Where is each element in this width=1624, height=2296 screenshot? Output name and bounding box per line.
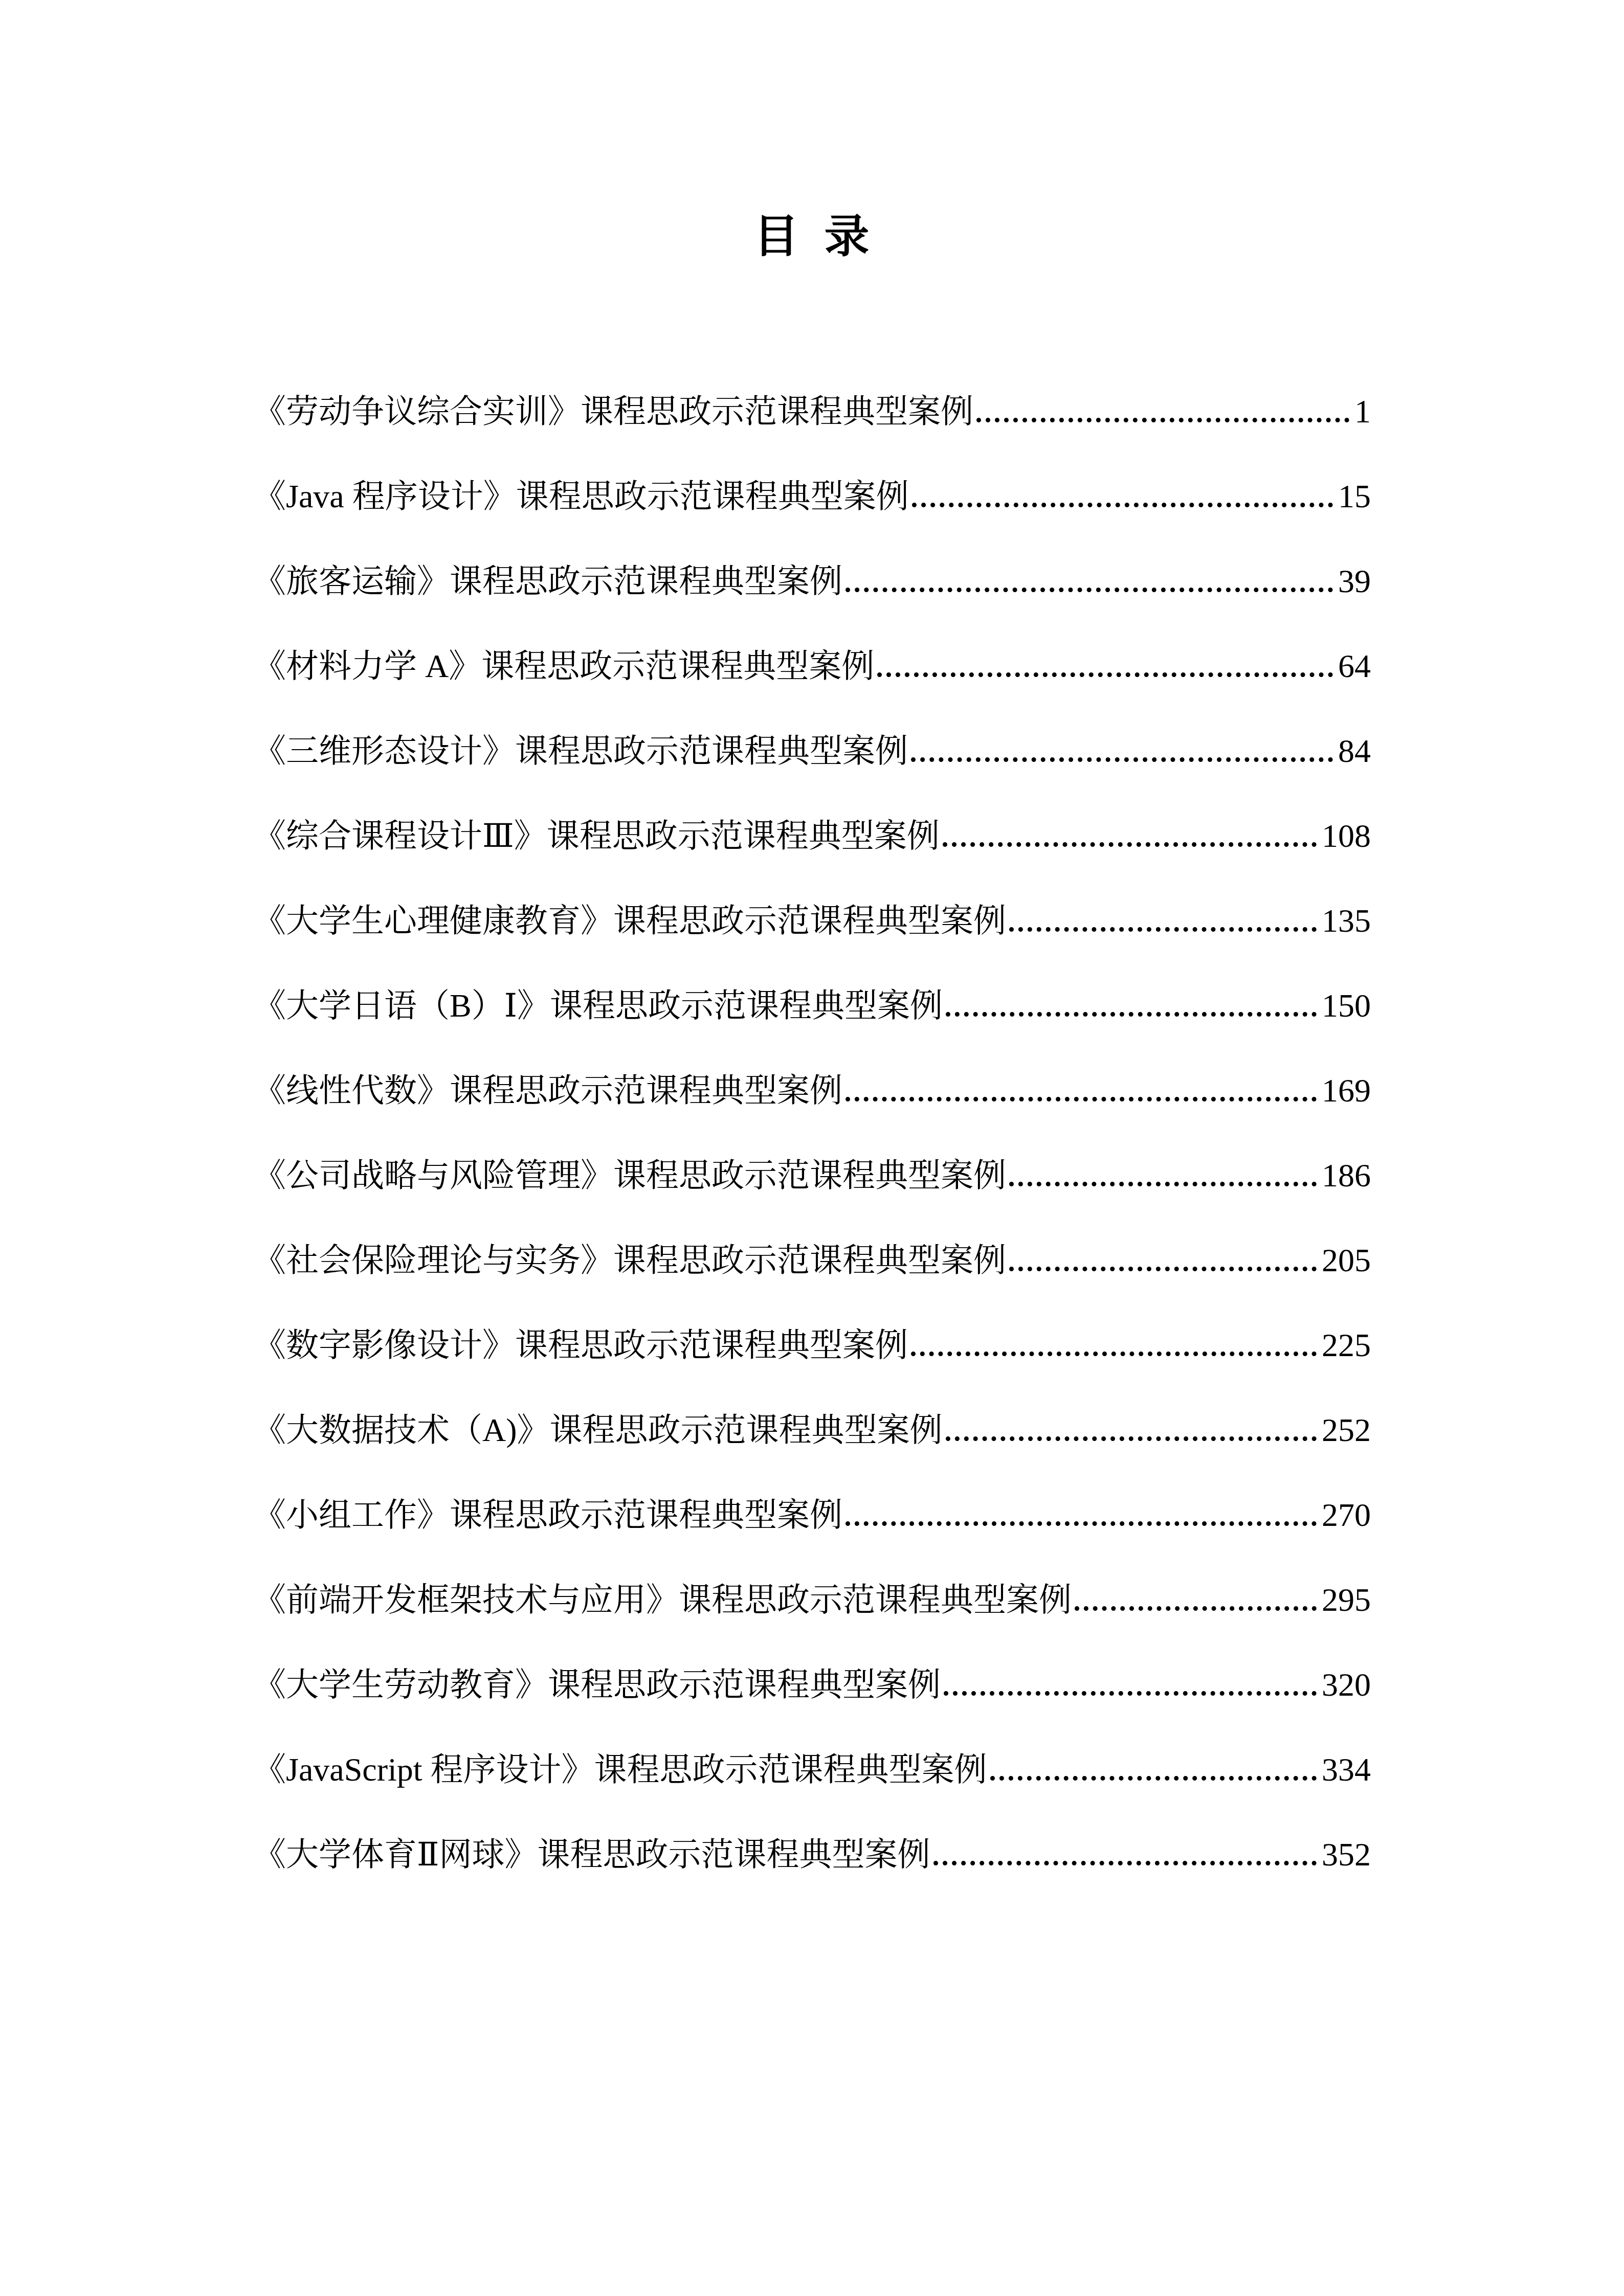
toc-entry: 《大数据技术（A)》课程思政示范课程典型案例 252 [253, 1388, 1371, 1473]
toc-entry-page: 169 [1322, 1048, 1371, 1133]
dot-leader [877, 672, 1333, 677]
dot-leader [911, 757, 1333, 762]
page-title: 目 录 [0, 0, 1624, 260]
dot-leader [933, 1861, 1317, 1865]
toc-entry-label: 《劳动争议综合实训》课程思政示范课程典型案例 [253, 369, 973, 454]
toc-entry-page: 320 [1322, 1642, 1371, 1727]
toc-entry-label: 《综合课程设计Ⅲ》课程思政示范课程典型案例 [253, 794, 940, 879]
toc-entry-page: 295 [1322, 1558, 1371, 1642]
dot-leader [846, 1521, 1317, 1526]
toc-entry-label: 《大学生劳动教育》课程思政示范课程典型案例 [253, 1642, 941, 1727]
toc-entry-page: 135 [1322, 879, 1371, 963]
dot-leader [943, 842, 1317, 847]
toc-entry: 《小组工作》课程思政示范课程典型案例 270 [253, 1473, 1371, 1558]
dot-leader [846, 588, 1333, 592]
dot-leader [990, 1776, 1317, 1781]
toc-entry-label: 《大学生心理健康教育》课程思政示范课程典型案例 [253, 879, 1006, 963]
toc-entry: 《大学日语（B）Ⅰ》课程思政示范课程典型案例 150 [253, 963, 1371, 1048]
dot-leader [1009, 1182, 1317, 1186]
toc-entry-label: 《大学体育Ⅱ网球》课程思政示范课程典型案例 [253, 1812, 930, 1897]
dot-leader [911, 1352, 1317, 1356]
toc-entry-page: 205 [1322, 1218, 1371, 1303]
toc-entry-page: 15 [1338, 454, 1371, 539]
toc-entry: 《三维形态设计》课程思政示范课程典型案例 84 [253, 709, 1371, 794]
toc-entry: 《材料力学 A》课程思政示范课程典型案例 64 [253, 624, 1371, 709]
toc-entry-label: 《线性代数》课程思政示范课程典型案例 [253, 1048, 842, 1133]
toc-entry-page: 84 [1338, 709, 1371, 794]
toc-entry-label: 《小组工作》课程思政示范课程典型案例 [253, 1473, 842, 1558]
toc-entry-label: 《材料力学 A》课程思政示范课程典型案例 [253, 624, 874, 709]
toc-entry-label: 《社会保险理论与实务》课程思政示范课程典型案例 [253, 1218, 1006, 1303]
dot-leader [1009, 1267, 1317, 1271]
toc-entry: 《公司战略与风险管理》课程思政示范课程典型案例 186 [253, 1133, 1371, 1218]
toc-entry: 《大学生劳动教育》课程思政示范课程典型案例 320 [253, 1642, 1371, 1727]
toc-entry-label: 《Java 程序设计》课程思政示范课程典型案例 [253, 454, 909, 539]
toc-entry: 《线性代数》课程思政示范课程典型案例 169 [253, 1048, 1371, 1133]
toc-entry: 《前端开发框架技术与应用》课程思政示范课程典型案例 295 [253, 1558, 1371, 1642]
dot-leader [946, 1012, 1317, 1017]
toc-entry-page: 39 [1338, 539, 1371, 624]
toc-entry-page: 225 [1322, 1303, 1371, 1388]
toc-entry-label: 《大学日语（B）Ⅰ》课程思政示范课程典型案例 [253, 963, 943, 1048]
toc-entry: 《JavaScript 程序设计》课程思政示范课程典型案例 334 [253, 1727, 1371, 1812]
toc-entry-page: 1 [1354, 369, 1371, 454]
toc-entry-label: 《JavaScript 程序设计》课程思政示范课程典型案例 [253, 1727, 987, 1812]
toc-entry-label: 《公司战略与风险管理》课程思政示范课程典型案例 [253, 1133, 1006, 1218]
toc-entry: 《大学生心理健康教育》课程思政示范课程典型案例 135 [253, 879, 1371, 963]
toc-entry-label: 《三维形态设计》课程思政示范课程典型案例 [253, 709, 908, 794]
dot-leader [946, 1436, 1317, 1441]
toc-entry: 《综合课程设计Ⅲ》课程思政示范课程典型案例 108 [253, 794, 1371, 879]
toc-entry-page: 270 [1322, 1473, 1371, 1558]
toc-entry: 《大学体育Ⅱ网球》课程思政示范课程典型案例 352 [253, 1812, 1371, 1897]
toc-entry-page: 64 [1338, 624, 1371, 709]
toc-entry-page: 186 [1322, 1133, 1371, 1218]
toc-entry-page: 150 [1322, 963, 1371, 1048]
toc-entry: 《旅客运输》课程思政示范课程典型案例 39 [253, 539, 1371, 624]
toc-entry-page: 252 [1322, 1388, 1371, 1473]
dot-leader [912, 503, 1333, 507]
dot-leader [1075, 1606, 1317, 1611]
dot-leader [1009, 927, 1317, 932]
toc-entry: 《社会保险理论与实务》课程思政示范课程典型案例 205 [253, 1218, 1371, 1303]
toc-entry-label: 《旅客运输》课程思政示范课程典型案例 [253, 539, 842, 624]
dot-leader [944, 1691, 1317, 1696]
toc-list: 《劳动争议综合实训》课程思政示范课程典型案例 1 《Java 程序设计》课程思政… [253, 369, 1371, 1897]
toc-entry-label: 《大数据技术（A)》课程思政示范课程典型案例 [253, 1388, 943, 1473]
toc-entry-label: 《前端开发框架技术与应用》课程思政示范课程典型案例 [253, 1558, 1072, 1642]
toc-entry-label: 《数字影像设计》课程思政示范课程典型案例 [253, 1303, 908, 1388]
toc-entry-page: 334 [1322, 1727, 1371, 1812]
toc-entry-page: 352 [1322, 1812, 1371, 1897]
toc-entry: 《Java 程序设计》课程思政示范课程典型案例 15 [253, 454, 1371, 539]
toc-entry: 《数字影像设计》课程思政示范课程典型案例 225 [253, 1303, 1371, 1388]
document-page: 目 录 《劳动争议综合实训》课程思政示范课程典型案例 1 《Java 程序设计》… [0, 0, 1624, 2296]
dot-leader [976, 418, 1349, 422]
toc-entry-page: 108 [1322, 794, 1371, 879]
dot-leader [846, 1097, 1317, 1101]
toc-entry: 《劳动争议综合实训》课程思政示范课程典型案例 1 [253, 369, 1371, 454]
